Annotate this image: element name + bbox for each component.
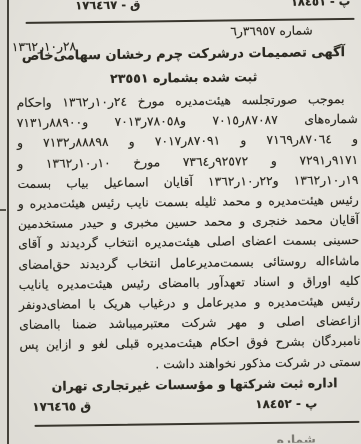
serial-code: ق ١٧٦٤٦٥ bbox=[32, 399, 91, 414]
previous-ad-serial-code: ق - ١٧٦٤٦٧ bbox=[75, 0, 140, 12]
announcement-body: بموجب صورتجلسه هیئت‌مدیره مورخ ٢٤ر١٠ر١٣٦… bbox=[16, 89, 360, 376]
next-announcement-partial: شماره bbox=[277, 432, 316, 442]
announcement-column: ق - ١٧٦٤٦٧ پ - ١٨٤٥١ شماره ٣٦٩٥٧ر٦ ٢٨ر١٠… bbox=[7, 0, 361, 444]
margin-tick bbox=[0, 209, 6, 211]
gazette-code: پ - ١٨٤٥٢ bbox=[255, 396, 317, 411]
announcement-number: شماره ٣٦٩٥٧ر٦ bbox=[230, 23, 312, 38]
previous-ad-gazette-code: پ - ١٨٤٥١ bbox=[291, 0, 351, 9]
announcement-title: آگهی تصمیمات درشرکت چرم رخشان سهامی‌خاص bbox=[8, 45, 359, 64]
body-line: سمتی در شرکت مذکور نخواهند داشت . bbox=[20, 352, 361, 376]
page-margin-strip bbox=[0, 0, 7, 444]
registry-office-signature: اداره ثبت شرکتها و مؤسسات غیرتجاری تهران bbox=[12, 375, 361, 394]
registration-number-line: ثبت شده بشماره ٢٣٥٥١ bbox=[8, 68, 359, 87]
scanned-gazette-page: ق - ١٧٦٤٦٧ پ - ١٨٤٥١ شماره ٣٦٩٥٧ر٦ ٢٨ر١٠… bbox=[0, 0, 361, 444]
separator-rule-bottom bbox=[34, 421, 359, 427]
